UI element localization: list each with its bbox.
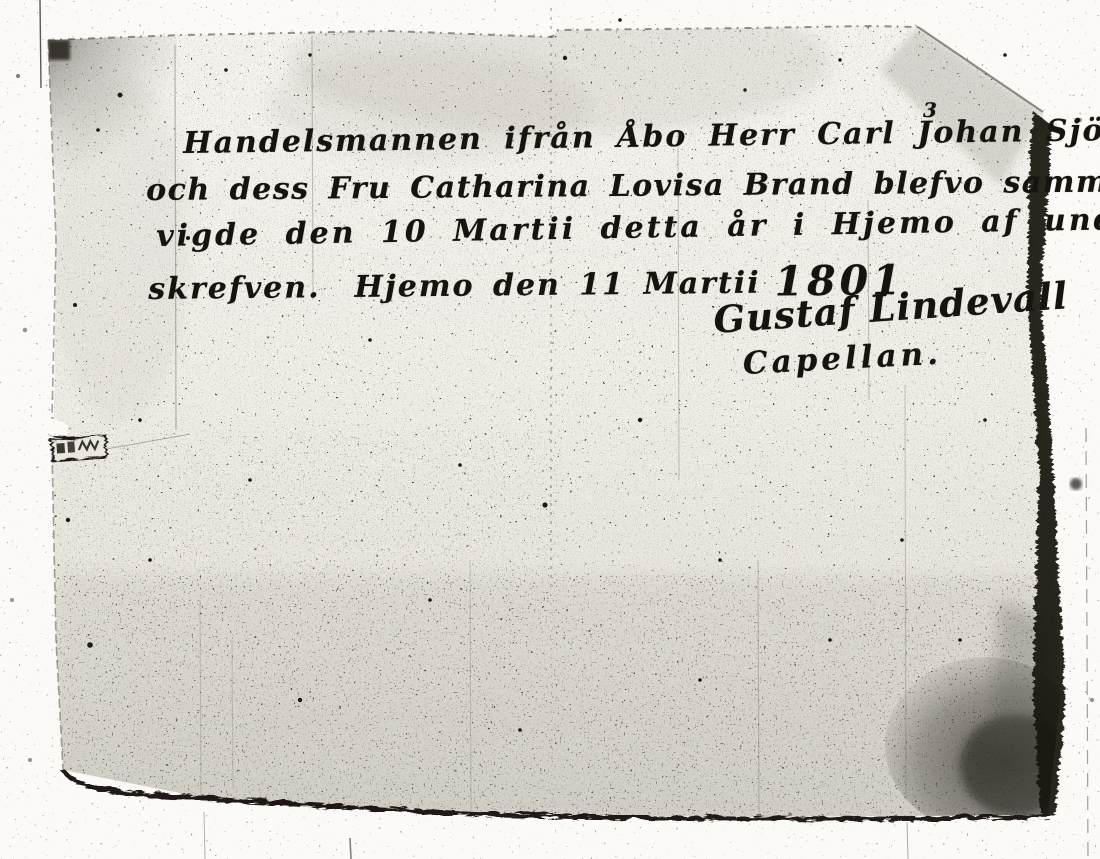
superscript-annotation: 3 <box>923 98 937 122</box>
closing-word: skrefven. <box>148 270 321 307</box>
document-scan: Handelsmannen ifrån Åbo Herr Carl Johan … <box>0 0 1100 859</box>
dateline: Hjemo den 11 Martii <box>354 266 760 305</box>
archive-stamp <box>50 434 105 460</box>
